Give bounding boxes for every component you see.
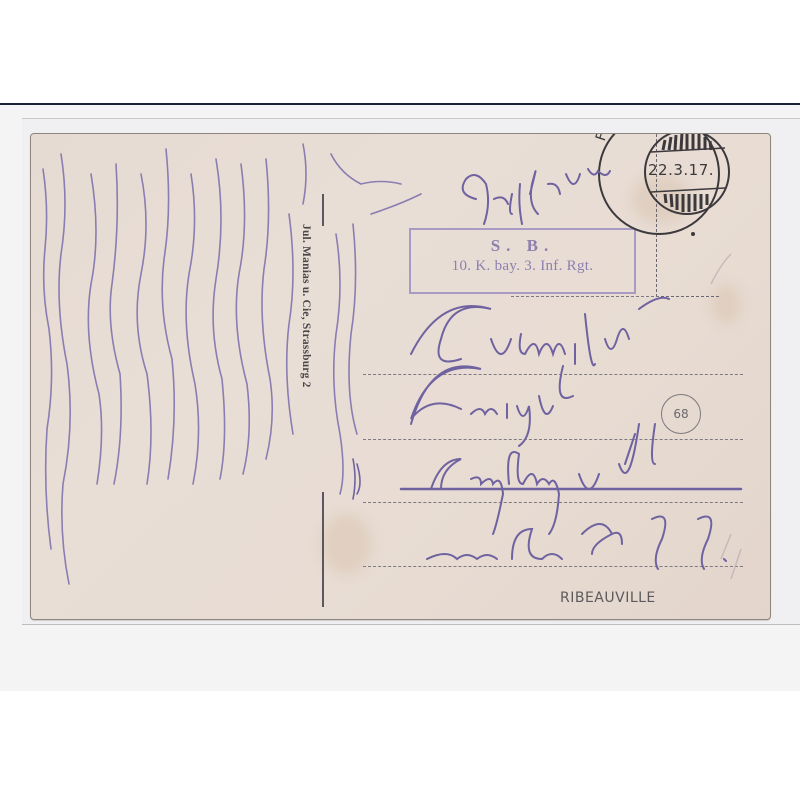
handwritten-message-strokes	[31, 134, 770, 619]
pencil-location-note: RIBEAUVILLE	[560, 590, 656, 606]
postcard: Jul. Manias u. Cie, Strassburg 2 S. B. 1…	[30, 133, 771, 620]
circled-number-annotation: 68	[661, 394, 701, 434]
